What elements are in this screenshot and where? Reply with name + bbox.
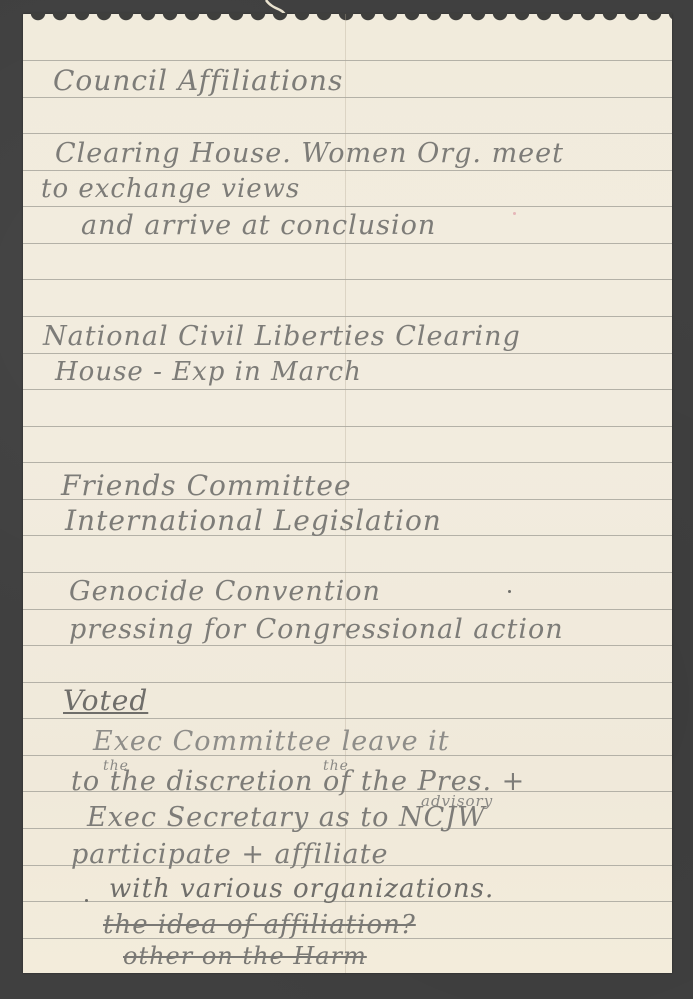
rule-line bbox=[23, 572, 672, 573]
pencil-dot bbox=[508, 590, 511, 593]
stray-mark bbox=[513, 212, 516, 215]
rule-line bbox=[23, 426, 672, 427]
rule-line bbox=[23, 682, 672, 683]
rule-line bbox=[23, 609, 672, 610]
note-line: Friends Committee bbox=[61, 469, 352, 502]
pencil-dot bbox=[85, 899, 88, 902]
section-heading: Voted bbox=[63, 684, 148, 717]
page-title: Council Affiliations bbox=[53, 64, 343, 97]
note-line: participate + affiliate bbox=[71, 839, 388, 870]
note-line: to exchange views bbox=[41, 174, 300, 204]
rule-line bbox=[23, 645, 672, 646]
rule-line bbox=[23, 462, 672, 463]
note-line: and arrive at conclusion bbox=[81, 210, 436, 241]
rule-line bbox=[23, 353, 672, 354]
perforated-top-edge bbox=[23, 13, 672, 25]
rule-line bbox=[23, 206, 672, 207]
note-line: with various organizations. bbox=[109, 874, 494, 904]
rule-line bbox=[23, 389, 672, 390]
struck-line: the idea of affiliation? bbox=[103, 910, 416, 940]
rule-line bbox=[23, 316, 672, 317]
rule-line bbox=[23, 243, 672, 244]
note-line: pressing for Congressional action bbox=[69, 614, 564, 645]
rule-line bbox=[23, 279, 672, 280]
struck-line: other on the Harm bbox=[123, 942, 367, 970]
rule-line bbox=[23, 97, 672, 98]
note-line: International Legislation bbox=[65, 504, 442, 537]
note-line: Genocide Convention bbox=[69, 576, 381, 607]
rule-line bbox=[23, 718, 672, 719]
rule-line bbox=[23, 170, 672, 171]
note-line: Exec Committee leave it bbox=[93, 726, 450, 757]
notepad-page: Council Affiliations Clearing House. Wom… bbox=[23, 14, 672, 973]
note-line: Exec Secretary as to NCJW bbox=[87, 802, 486, 833]
rule-line bbox=[23, 133, 672, 134]
rule-line bbox=[23, 60, 672, 61]
note-line: House - Exp in March bbox=[55, 357, 362, 387]
note-line: Clearing House. Women Org. meet bbox=[55, 138, 564, 169]
note-line: National Civil Liberties Clearing bbox=[43, 321, 521, 352]
